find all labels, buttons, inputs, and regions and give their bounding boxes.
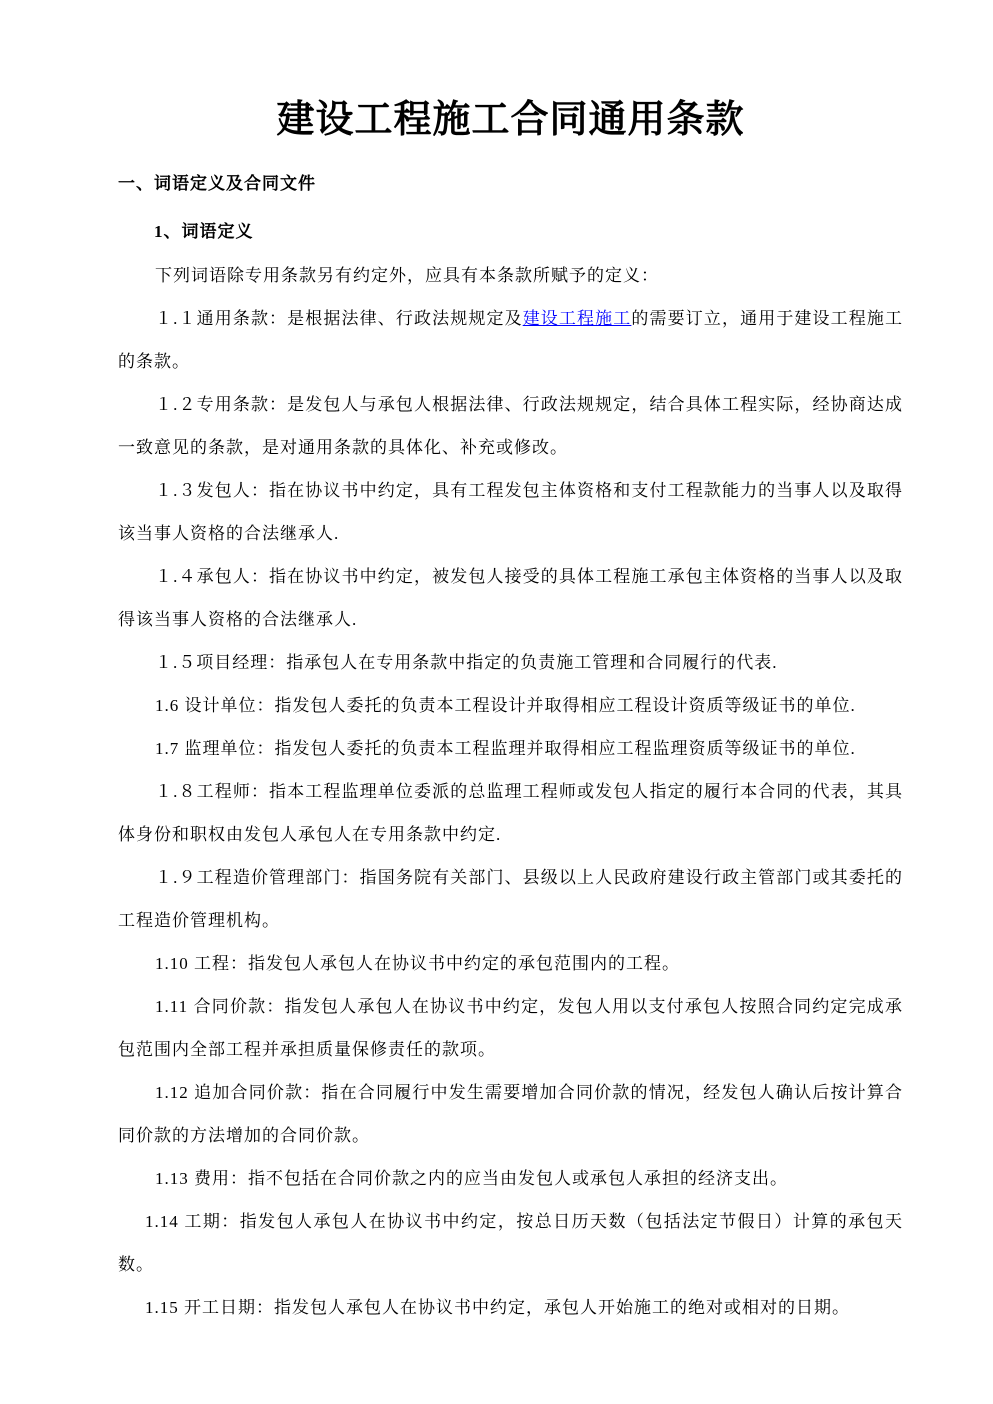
clause-1-5: １.５项目经理：指承包人在专用条款中指定的负责施工管理和合同履行的代表. <box>118 641 903 684</box>
clause-1-11: 1.11 合同价款：指发包人承包人在协议书中约定，发包人用以支付承包人按照合同约… <box>118 985 903 1071</box>
clause-1-7: 1.7 监理单位：指发包人委托的负责本工程监理并取得相应工程监理资质等级证书的单… <box>118 727 903 770</box>
clause-1-12: 1.12 追加合同价款：指在合同履行中发生需要增加合同价款的情况，经发包人确认后… <box>118 1071 903 1157</box>
section-heading: 一、词语定义及合同文件 <box>118 174 903 194</box>
page-title: 建设工程施工合同通用条款 <box>118 96 903 144</box>
clause-1-1: １.１通用条款：是根据法律、行政法规规定及建设工程施工的需要订立，通用于建设工程… <box>118 297 903 383</box>
clause-1-6: 1.6 设计单位：指发包人委托的负责本工程设计并取得相应工程设计资质等级证书的单… <box>118 684 903 727</box>
clause-list: 下列词语除专用条款另有约定外，应具有本条款所赋予的定义： １.１通用条款：是根据… <box>118 254 903 1329</box>
clause-1-4: １.４承包人：指在协议书中约定，被发包人接受的具体工程施工承包主体资格的当事人以… <box>118 555 903 641</box>
clause-1-2: １.２专用条款：是发包人与承包人根据法律、行政法规规定，结合具体工程实际，经协商… <box>118 383 903 469</box>
clause-1-8: １.８工程师：指本工程监理单位委派的总监理工程师或发包人指定的履行本合同的代表，… <box>118 770 903 856</box>
clause-1-10: 1.10 工程：指发包人承包人在协议书中约定的承包范围内的工程。 <box>118 942 903 985</box>
intro-paragraph: 下列词语除专用条款另有约定外，应具有本条款所赋予的定义： <box>118 254 903 297</box>
clause-1-1-pre: １.１通用条款：是根据法律、行政法规规定及 <box>155 309 523 328</box>
clause-1-15: 1.15 开工日期：指发包人承包人在协议书中约定，承包人开始施工的绝对或相对的日… <box>118 1286 903 1329</box>
construction-link[interactable]: 建设工程施工 <box>523 309 632 328</box>
clause-1-14: 1.14 工期：指发包人承包人在协议书中约定，按总日历天数（包括法定节假日）计算… <box>118 1200 903 1286</box>
clause-1-13: 1.13 费用：指不包括在合同价款之内的应当由发包人或承包人承担的经济支出。 <box>118 1157 903 1200</box>
document-page: 建设工程施工合同通用条款 一、词语定义及合同文件 1、词语定义 下列词语除专用条… <box>0 0 993 1404</box>
clause-1-9: １.９工程造价管理部门：指国务院有关部门、县级以上人民政府建设行政主管部门或其委… <box>118 856 903 942</box>
subsection-heading: 1、词语定义 <box>154 222 903 242</box>
clause-1-3: １.３发包人：指在协议书中约定，具有工程发包主体资格和支付工程款能力的当事人以及… <box>118 469 903 555</box>
